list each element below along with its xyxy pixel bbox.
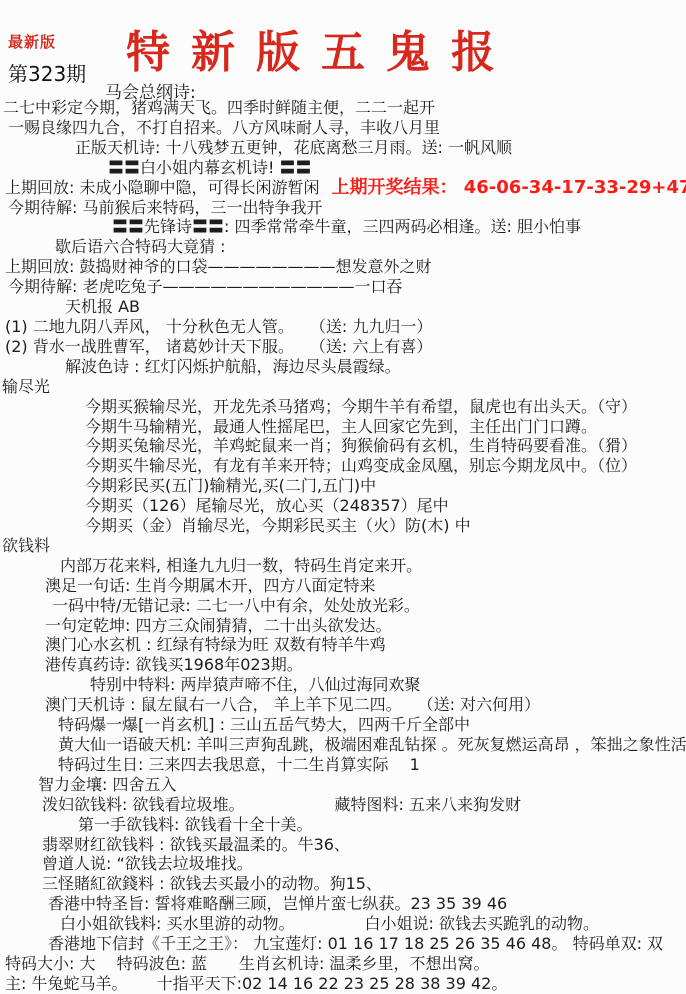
shujinguang-poem-1: 今期买猴输尽光，开龙先杀马猪鸡；今期牛羊有希望，鼠虎也有出头天。（守）: [0, 397, 686, 417]
baixiaojie-yuqianliao-seg-1: 白小姐欲钱料: 买水里游的动物。: [60, 914, 294, 934]
aomen-xinshui: 澳门心水玄机 : 红绿有特绿为旺 双数有特羊牛鸡: [0, 635, 686, 655]
xianggang-shengzhi: 香港中特圣旨: 誓将难略酬三顾，岂惮片蛮七纵获。23 35 39 46: [0, 894, 686, 914]
shujinguang-poem-4-seg-1: 今期买牛输尽光，有龙有羊来开特；山鸡变成金凤凰，别忘今期龙凤中。（位）: [85, 456, 637, 476]
yiju-dingqiankun-seg-1: 一句定乾坤: 四方三众闹猜猜，二十出头欲发达。: [45, 616, 391, 636]
edition-label: 最新版: [8, 31, 56, 52]
tebie-zhongteliao-seg-1: 特别中特料: 两岸猿声啼不住，八仙过海同欢聚: [90, 675, 420, 695]
masthead: 最新版 第323期 特新版五鬼报 马会总纲诗:: [0, 0, 686, 97]
tebie-zhongteliao: 特别中特料: 两岸猿声啼不住，八仙过海同欢聚: [0, 675, 686, 695]
huangdaxian-line: 黄大仙一语破天机: 羊叫三声狗乱跳，极端困难乱钻探 。死灰复燃运高昂 ，笨拙之象…: [0, 735, 686, 755]
gang-chuanzhen-seg-1: 港传真药诗: 欲钱买1968年023期。: [45, 655, 303, 675]
section-shujinguang: 输尽光: [0, 377, 686, 397]
section-shujinguang-seg-1: 输尽光: [2, 377, 50, 397]
tianji-report-ab-seg-1: 天机报 AB: [65, 297, 140, 317]
tianji-report-ab: 天机报 AB: [0, 297, 686, 317]
diyishou-yuqianliao-seg-1: 第一手欲钱料: 欲钱看十全十美。: [78, 815, 312, 835]
shujinguang-poem-2: 今期牛马输精光，最通人性摇尾巴，主人回家它先到，主任出门门口蹲。: [0, 417, 686, 437]
jiebose-poem: 解波色诗 : 红灯闪烁护航船，海边尽头晨霞绿。: [0, 357, 686, 377]
baixiaojie-yuqianliao: 白小姐欲钱料: 买水里游的动物。白小姐说: 欲钱去买跪乳的动物。: [0, 914, 686, 934]
shujinguang-poem-2-seg-1: 今期牛马输精光，最通人性摇尾巴，主人回家它先到，主任出门门口蹲。: [85, 417, 597, 437]
zhili-jinrang: 智力金壤: 四舍五入: [0, 775, 686, 795]
last-period-review-seg-1: 上期回放: 未成小隐聊中隐，可得长闲游暂闲: [5, 178, 319, 198]
shujinguang-poem-4: 今期买牛输尽光，有龙有羊来开特；山鸡变成金凤凰，别忘今期龙凤中。（位）: [0, 456, 686, 476]
jiebose-poem-seg-1: 解波色诗 : 红灯闪烁护航船，海边尽头晨霞绿。: [65, 357, 401, 377]
last-period-review: 上期回放: 未成小隐聊中隐，可得长闲游暂闲上期开奖结果： 46-06-34-17…: [0, 178, 686, 198]
dixia-xinfeng: 香港地下信封《千王之王》： 九宝莲灯: 01 16 17 18 25 26 35…: [0, 934, 686, 954]
xiehouyu-last-seg-1: 上期回放: 鼓捣财神爷的口袋————————想发意外之财: [5, 257, 431, 277]
tianji-item-1-seg-1: (1) 二地九阴八弄风， 十分秋色无人管。 （送: 九九归一）: [5, 317, 432, 337]
aomen-tianji-poem: 澳门天机诗 : 鼠左鼠右一八合， 羊上羊下见二四。 （送: 对六何用）: [0, 695, 686, 715]
cengdaoren-line-seg-1: 曾道人说: “欲钱去垃圾堆找。: [42, 854, 253, 874]
tema-summary-seg-1: 特码大小: 大 特码波色: 蓝 生肖玄机诗: 温柔乡里，不想出窝。: [5, 954, 490, 974]
zhu-line: 主: 牛兔蛇马羊。 十指平天下:02 14 16 22 23 25 28 38 …: [0, 974, 686, 994]
shujinguang-doors-seg-1: 今期彩民买(五门)输精光,买(二门,五门)中: [85, 476, 376, 496]
pofu-yuqianliao: 泼妇欲钱料: 欲钱看垃圾堆。藏特图料: 五来八来狗发财: [0, 795, 686, 815]
yima-zhongte: 一码中特/无错记录: 二七一八中有余，处处放光彩。: [0, 596, 686, 616]
zhu-line-seg-1: 主: 牛兔蛇马羊。 十指平天下:02 14 16 22 23 25 28 38 …: [5, 974, 507, 994]
tema-guoshengri: 特码过生日: 三来四去我思意，十二生肖算实际 1: [0, 755, 686, 775]
shujinguang-elements: 今期买（金）肖输尽光，今期彩民买主（火）防(木) 中: [0, 516, 686, 536]
baixiaojie-shuo: 白小姐说: 欲钱去买跪乳的动物。: [364, 914, 598, 934]
shujinguang-poem-3-seg-1: 今期买兔输尽光，羊鸡蛇鼠来一肖；狗猴偷码有玄机，生肖特码要看准。（猾）: [85, 436, 637, 456]
section-yuqianliao: 欲钱料: [0, 536, 686, 556]
current-period-riddle-seg-1: 今期待解: 马前猴后来特码，三一出特争我开: [8, 198, 322, 218]
aomen-tianji-poem-seg-1: 澳门天机诗 : 鼠左鼠右一八合， 羊上羊下见二四。 （送: 对六何用）: [45, 695, 540, 715]
xianggang-shengzhi-seg-1: 香港中特圣旨: 誓将难略酬三顾，岂惮片蛮七纵获。23 35 39 46: [48, 894, 507, 914]
baixiaojie-neimu-header: 〓〓白小姐内幕玄机诗! 〓〓: [0, 158, 686, 178]
cengdaoren-line: 曾道人说: “欲钱去垃圾堆找。: [0, 854, 686, 874]
tema-baoyibao-seg-1: 特码爆一爆[一肖玄机] : 三山五岳气势大，四两千斤全部中: [58, 715, 470, 735]
dixia-xinfeng-seg-1: 香港地下信封《千王之王》： 九宝莲灯: 01 16 17 18 25 26 35…: [48, 934, 663, 954]
current-period-riddle: 今期待解: 马前猴后来特码，三一出特争我开: [0, 198, 686, 218]
xiehouyu-header-seg-1: 歇后语六合特码大竟猜 :: [55, 237, 225, 257]
zhili-jinrang-seg-1: 智力金壤: 四舍五入: [38, 775, 176, 795]
xianfeng-poem-seg-1: 〓〓先锋诗〓〓: 四季常常牵牛童，三四两码必相逢。送: 胆小怕事: [112, 217, 581, 237]
tianji-item-1: (1) 二地九阴八弄风， 十分秋色无人管。 （送: 九九归一）: [0, 317, 686, 337]
huangdaxian-line-seg-1: 黄大仙一语破天机: 羊叫三声狗乱跳，极端困难乱钻探 。死灰复燃运高昂 ，笨拙之象…: [58, 735, 686, 755]
baixiaojie-neimu-header-seg-1: 〓〓白小姐内幕玄机诗! 〓〓: [108, 158, 312, 178]
xiehouyu-header: 歇后语六合特码大竟猜 :: [0, 237, 686, 257]
pofu-yuqianliao-seg-1: 泼妇欲钱料: 欲钱看垃圾堆。: [42, 795, 244, 815]
xianfeng-poem: 〓〓先锋诗〓〓: 四季常常牵牛童，三四两码必相逢。送: 胆小怕事: [0, 217, 686, 237]
tianji-item-2: (2) 背水一战胜曹军， 诸葛妙计天下服。 （送: 六上有喜）: [0, 337, 686, 357]
shujinguang-doors: 今期彩民买(五门)输精光,买(二门,五门)中: [0, 476, 686, 496]
zhengban-tianji-poem: 正版天机诗: 十八残梦五更钟，花底离愁三月雨。送: 一帆风顺: [0, 138, 686, 158]
section-yuqianliao-seg-1: 欲钱料: [2, 536, 50, 556]
shujinguang-poem-1-seg-1: 今期买猴输尽光，开龙先杀马猪鸡；今期牛羊有希望，鼠虎也有出头天。（守）: [85, 397, 637, 417]
five-ghost-report-sheet: 最新版 第323期 特新版五鬼报 马会总纲诗: 二七中彩定今期，猪鸡满天飞。四季…: [0, 0, 686, 994]
xiehouyu-last: 上期回放: 鼓捣财神爷的口袋————————想发意外之财: [0, 257, 686, 277]
gang-chuanzhen: 港传真药诗: 欲钱买1968年023期。: [0, 655, 686, 675]
tema-guoshengri-seg-1: 特码过生日: 三来四去我思意，十二生肖算实际 1: [58, 755, 420, 775]
shujinguang-tails-seg-1: 今期买（126）尾输尽光，放心买（248357）尾中: [85, 496, 449, 516]
sanguai-duhong-seg-1: 三怪賭紅欲錢料 : 欲钱去买最小的动物。狗15、: [42, 874, 382, 894]
tianji-item-2-seg-1: (2) 背水一战胜曹军， 诸葛妙计天下服。 （送: 六上有喜）: [5, 337, 432, 357]
shujinguang-elements-seg-1: 今期买（金）肖输尽光，今期彩民买主（火）防(木) 中: [85, 516, 471, 536]
feicui-caihong-seg-1: 翡翠财红欲钱料 : 欲钱买最温柔的。牛36、: [42, 835, 350, 855]
content-lines: 二七中彩定今期，猪鸡满天飞。四季时鲜随主便，二二一起开一赐良缘四九合，不打自招来…: [0, 98, 686, 994]
page-title: 特新版五鬼报: [126, 16, 516, 80]
diyishou-yuqianliao: 第一手欲钱料: 欲钱看十全十美。: [0, 815, 686, 835]
masthead-poem-line-2: 一赐良缘四九合，不打自招来。八方风味耐人寻，丰收八月里: [0, 118, 686, 138]
shujinguang-tails: 今期买（126）尾输尽光，放心买（248357）尾中: [0, 496, 686, 516]
aomen-xinshui-seg-1: 澳门心水玄机 : 红绿有特绿为旺 双数有特羊牛鸡: [45, 635, 386, 655]
neibu-wanhua: 内部万花来料, 相逢九九归一数，特码生肖定来开。: [0, 556, 686, 576]
xiehouyu-current: 今期待解: 老虎吃兔子————————————一口吞: [0, 277, 686, 297]
feicui-caihong: 翡翠财红欲钱料 : 欲钱买最温柔的。牛36、: [0, 835, 686, 855]
last-draw-result: 上期开奖结果： 46-06-34-17-33-29+47: [331, 178, 686, 198]
xiehouyu-current-seg-1: 今期待解: 老虎吃兔子————————————一口吞: [8, 277, 402, 297]
sanguai-duhong: 三怪賭紅欲錢料 : 欲钱去买最小的动物。狗15、: [0, 874, 686, 894]
masthead-poem-line-1: 二七中彩定今期，猪鸡满天飞。四季时鲜随主便，二二一起开: [0, 98, 686, 118]
neibu-wanhua-seg-1: 内部万花来料, 相逢九九归一数，特码生肖定来开。: [60, 556, 422, 576]
masthead-poem-line-1-seg-1: 二七中彩定今期，猪鸡满天飞。四季时鲜随主便，二二一起开: [3, 98, 435, 118]
shujinguang-poem-3: 今期买兔输尽光，羊鸡蛇鼠来一肖；狗猴偷码有玄机，生肖特码要看准。（猾）: [0, 436, 686, 456]
aozu-yijuhua: 澳足一句话: 生肖今期属木开，四方八面定特来: [0, 576, 686, 596]
aozu-yijuhua-seg-1: 澳足一句话: 生肖今期属木开，四方八面定特来: [45, 576, 375, 596]
tema-summary: 特码大小: 大 特码波色: 蓝 生肖玄机诗: 温柔乡里，不想出窝。: [0, 954, 686, 974]
yima-zhongte-seg-1: 一码中特/无错记录: 二七一八中有余，处处放光彩。: [52, 596, 420, 616]
yiju-dingqiankun: 一句定乾坤: 四方三众闹猜猜，二十出头欲发达。: [0, 616, 686, 636]
masthead-poem-line-2-seg-1: 一赐良缘四九合，不打自招来。八方风味耐人寻，丰收八月里: [8, 118, 440, 138]
issue-number: 第323期: [8, 58, 86, 87]
cangte-tuliao: 藏特图料: 五来八来狗发财: [334, 795, 520, 815]
tema-baoyibao: 特码爆一爆[一肖玄机] : 三山五岳气势大，四两千斤全部中: [0, 715, 686, 735]
zhengban-tianji-poem-seg-1: 正版天机诗: 十八残梦五更钟，花底离愁三月雨。送: 一帆风顺: [75, 138, 512, 158]
